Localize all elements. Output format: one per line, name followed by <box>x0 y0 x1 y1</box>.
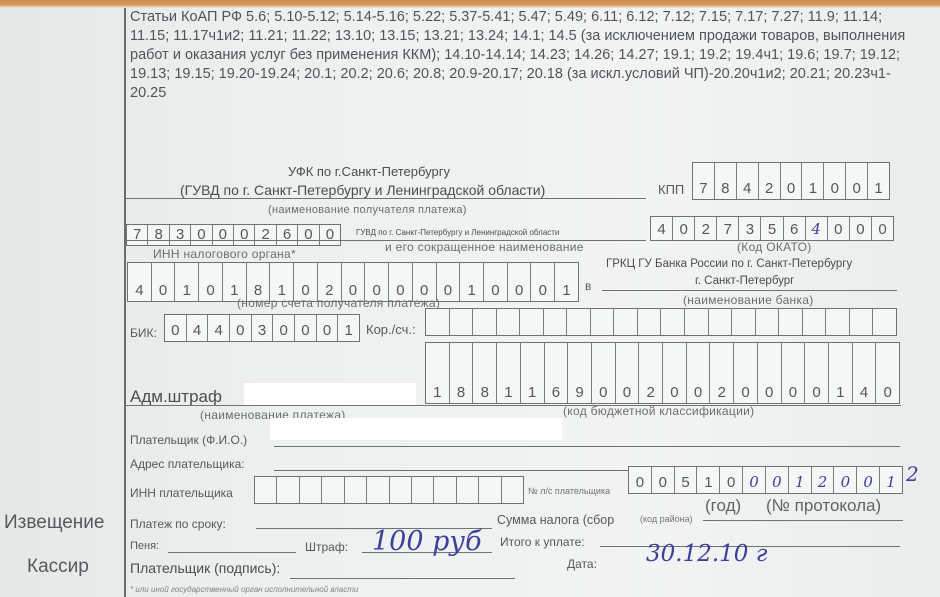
due-payment-label: Платеж по сроку: <box>130 517 226 531</box>
digit-cell[interactable]: 1 <box>496 343 520 403</box>
side-cashier: Кассир <box>27 556 89 578</box>
digit-cell[interactable] <box>755 309 779 335</box>
digit-cell[interactable]: 3 <box>169 225 190 245</box>
digit-cell[interactable]: 0 <box>651 467 674 493</box>
digit-cell[interactable]: 4 <box>736 163 758 199</box>
digit-cell[interactable] <box>411 477 433 503</box>
bank-caption: (наименование банка) <box>683 293 814 307</box>
digit-cell[interactable]: 4 <box>128 263 151 301</box>
digit-cell[interactable] <box>590 309 614 335</box>
digit-cell[interactable]: 0 <box>591 343 615 403</box>
digit-cell[interactable]: 0 <box>781 343 805 403</box>
digit-cell[interactable]: 0 <box>856 467 879 493</box>
payer-account-label: № л/с плательщика <box>528 486 610 496</box>
digit-cell[interactable]: 0 <box>719 467 742 493</box>
okato-boxes[interactable]: 40273564000 <box>650 216 894 241</box>
digit-cell[interactable]: 8 <box>147 225 168 245</box>
kbk-boxes[interactable]: 18811690020020000140 <box>425 342 900 404</box>
digit-cell[interactable]: 1 <box>426 343 449 403</box>
digit-cell[interactable] <box>456 477 478 503</box>
digit-cell[interactable] <box>660 309 684 335</box>
digit-cell[interactable]: 0 <box>294 315 316 341</box>
digit-cell[interactable] <box>708 309 732 335</box>
digit-cell[interactable] <box>344 477 366 503</box>
digit-cell[interactable]: 3 <box>738 217 760 240</box>
digit-cell[interactable] <box>637 309 661 335</box>
short-name: ГУВД по г. Санкт-Петербургу и Ленинградс… <box>356 228 559 237</box>
kpp-label: КПП <box>658 182 684 197</box>
digit-cell[interactable]: 2 <box>709 343 733 403</box>
corr-account-boxes[interactable] <box>425 308 897 336</box>
digit-cell[interactable]: 1 <box>337 315 359 341</box>
digit-cell[interactable]: 0 <box>733 343 757 403</box>
account-caption: (номер счета получателя платежа) <box>237 296 440 310</box>
digit-cell[interactable]: 0 <box>615 343 639 403</box>
protocol-caption: (№ протокола) <box>766 496 881 516</box>
digit-cell[interactable] <box>778 309 802 335</box>
digit-cell[interactable]: 0 <box>297 225 318 245</box>
bik-label: БИК: <box>130 326 157 340</box>
inn-tax-caption: ИНН налогового органа* <box>153 247 296 261</box>
kpp-boxes[interactable]: 784201001 <box>692 162 890 200</box>
digit-cell[interactable]: 0 <box>780 163 802 199</box>
payer-name-field[interactable] <box>274 446 900 447</box>
penalty-field[interactable] <box>168 552 296 553</box>
district-caption: (код района) <box>640 514 693 524</box>
digit-cell[interactable]: 1 <box>828 343 852 403</box>
digit-cell[interactable]: 2 <box>638 343 662 403</box>
okato-caption: (Код ОКАТО) <box>737 240 812 254</box>
digit-cell[interactable] <box>613 309 637 335</box>
side-notice: Извещение <box>4 512 104 534</box>
digit-cell[interactable]: 0 <box>272 315 294 341</box>
digit-cell[interactable]: 4 <box>852 343 876 403</box>
digit-cell[interactable]: 7 <box>716 217 738 240</box>
digit-cell[interactable]: 3 <box>251 315 273 341</box>
digit-cell[interactable]: 1 <box>554 263 578 301</box>
digit-cell[interactable] <box>872 309 896 335</box>
digit-cell[interactable]: 0 <box>804 343 828 403</box>
payer-account-boxes[interactable]: 005100012001 <box>628 466 903 494</box>
digit-cell[interactable]: 0 <box>319 225 340 245</box>
payer-name-label: Плательщик (Ф.И.О.) <box>130 433 247 447</box>
signature-field[interactable] <box>290 578 515 579</box>
digit-cell[interactable] <box>496 309 520 335</box>
kbk-caption: (код бюджетной классификации) <box>563 404 754 418</box>
digit-cell[interactable]: 0 <box>507 263 531 301</box>
digit-cell[interactable]: 0 <box>871 217 893 240</box>
digit-cell[interactable]: 5 <box>760 217 782 240</box>
digit-cell[interactable]: 5 <box>674 467 697 493</box>
corr-account-label: Кор./сч.: <box>366 322 416 337</box>
payer-inn-boxes[interactable] <box>254 476 524 504</box>
digit-cell[interactable]: 0 <box>629 467 651 493</box>
digit-cell[interactable]: 2 <box>758 163 780 199</box>
recipient-caption: (наименование получателя платежа) <box>268 204 467 216</box>
digit-cell[interactable]: 0 <box>742 467 765 493</box>
digit-cell[interactable]: 2 <box>811 467 834 493</box>
penalty-label: Пеня: <box>130 540 159 552</box>
digit-cell[interactable]: 4 <box>805 217 827 240</box>
payment-underline <box>126 405 901 406</box>
digit-cell[interactable]: 6 <box>783 217 805 240</box>
digit-cell[interactable]: 2 <box>254 225 275 245</box>
digit-cell[interactable]: 0 <box>151 263 175 301</box>
digit-cell[interactable]: 0 <box>875 343 899 403</box>
digit-cell[interactable]: 0 <box>662 343 686 403</box>
fine-value: 100 руб <box>372 526 482 557</box>
inn-tax-boxes[interactable]: 7830002600 <box>126 224 341 246</box>
payment-name: Адм.штраф <box>130 387 222 407</box>
digit-cell[interactable] <box>478 477 500 503</box>
redacted-area <box>270 418 562 440</box>
digit-cell[interactable]: 0 <box>757 343 781 403</box>
short-name-caption: и его сокращенное наименование <box>385 240 584 254</box>
digit-cell[interactable]: 4 <box>186 315 208 341</box>
digit-cell[interactable] <box>299 477 321 503</box>
digit-cell[interactable] <box>684 309 708 335</box>
bank-line1: ГРКЦ ГУ Банка России по г. Санкт-Петербу… <box>606 258 852 270</box>
digit-cell[interactable] <box>255 477 276 503</box>
digit-cell[interactable] <box>519 309 543 335</box>
digit-cell[interactable]: 0 <box>530 263 554 301</box>
digit-cell[interactable]: 7 <box>127 225 147 245</box>
digit-cell[interactable] <box>849 309 873 335</box>
digit-cell[interactable]: 7 <box>693 163 714 199</box>
date-label: Дата: <box>567 557 597 571</box>
digit-cell[interactable]: 0 <box>165 315 186 341</box>
digit-cell[interactable]: 0 <box>686 343 710 403</box>
digit-cell[interactable]: 0 <box>483 263 507 301</box>
digit-cell[interactable] <box>472 309 496 335</box>
digit-cell[interactable] <box>501 477 523 503</box>
digit-cell[interactable]: 8 <box>714 163 736 199</box>
digit-cell[interactable] <box>731 309 755 335</box>
digit-cell[interactable] <box>543 309 567 335</box>
digit-cell[interactable] <box>566 309 590 335</box>
digit-cell[interactable]: 0 <box>233 225 254 245</box>
bik-boxes[interactable]: 044030001 <box>164 314 360 342</box>
digit-cell[interactable]: 1 <box>788 467 811 493</box>
payer-address-label: Адрес плательщика: <box>130 457 245 471</box>
digit-cell[interactable]: 4 <box>651 217 672 240</box>
digit-cell[interactable]: 1 <box>520 343 544 403</box>
background-edge <box>0 0 940 8</box>
digit-cell[interactable]: 1 <box>174 263 198 301</box>
digit-cell[interactable]: 8 <box>449 343 473 403</box>
digit-cell[interactable]: 0 <box>672 217 694 240</box>
digit-cell[interactable] <box>389 477 411 503</box>
fine-label: Штраф: <box>305 540 348 554</box>
bank-underline <box>602 290 897 291</box>
digit-cell[interactable]: 1 <box>801 163 823 199</box>
stub-divider <box>124 8 126 597</box>
digit-cell[interactable] <box>426 309 449 335</box>
signature-label: Плательщик (подпись): <box>130 560 280 576</box>
digit-cell[interactable]: 0 <box>316 315 338 341</box>
bank-line2: г. Санкт-Петербург <box>695 275 794 287</box>
digit-cell[interactable]: 0 <box>198 263 222 301</box>
digit-cell[interactable]: 0 <box>833 467 856 493</box>
year-caption: (год) <box>705 496 741 516</box>
articles-list: Статьи КоАП РФ 5.6; 5.10-5.12; 5.14-5.16… <box>130 8 910 103</box>
digit-cell[interactable]: 4 <box>207 315 229 341</box>
digit-cell[interactable]: 8 <box>472 343 496 403</box>
digit-cell[interactable]: 9 <box>567 343 591 403</box>
digit-cell[interactable]: 2 <box>694 217 716 240</box>
digit-cell[interactable]: 0 <box>823 163 845 199</box>
digit-cell[interactable] <box>433 477 455 503</box>
recipient-underline <box>126 198 646 199</box>
tax-sum-label: Сумма налога (сбор <box>497 513 614 527</box>
digit-cell[interactable] <box>449 309 473 335</box>
recipient-line1: УФК по г.Санкт-Петербургу <box>288 164 450 179</box>
tax-sum-field[interactable] <box>703 520 903 521</box>
account-in-label: в <box>585 279 591 293</box>
digit-cell[interactable]: 0 <box>849 217 871 240</box>
redacted-area <box>244 383 416 405</box>
digit-cell[interactable] <box>802 309 826 335</box>
payer-inn-label: ИНН плательщика <box>130 486 233 500</box>
total-label: Итого к уплате: <box>500 535 585 549</box>
digit-cell[interactable]: 0 <box>765 467 788 493</box>
digit-cell[interactable] <box>321 477 343 503</box>
date-value: 30.12.10 г <box>646 541 767 567</box>
digit-cell[interactable] <box>276 477 298 503</box>
digit-cell[interactable]: 1 <box>696 467 719 493</box>
digit-cell[interactable]: 0 <box>212 225 233 245</box>
digit-cell[interactable]: 0 <box>845 163 867 199</box>
digit-cell[interactable]: 1 <box>879 467 902 493</box>
digit-cell[interactable]: 1 <box>867 163 889 199</box>
digit-cell[interactable]: 0 <box>229 315 251 341</box>
payer-account-extra: 2 <box>906 462 919 486</box>
digit-cell[interactable]: 0 <box>827 217 849 240</box>
recipient-line2: (ГУВД по г. Санкт-Петербургу и Ленинград… <box>180 182 545 198</box>
digit-cell[interactable]: 6 <box>544 343 568 403</box>
digit-cell[interactable]: 6 <box>276 225 297 245</box>
digit-cell[interactable] <box>825 309 849 335</box>
digit-cell[interactable] <box>366 477 388 503</box>
digit-cell[interactable]: 0 <box>190 225 211 245</box>
footnote: * или иной государственный орган исполни… <box>130 585 358 594</box>
digit-cell[interactable]: 1 <box>459 263 483 301</box>
